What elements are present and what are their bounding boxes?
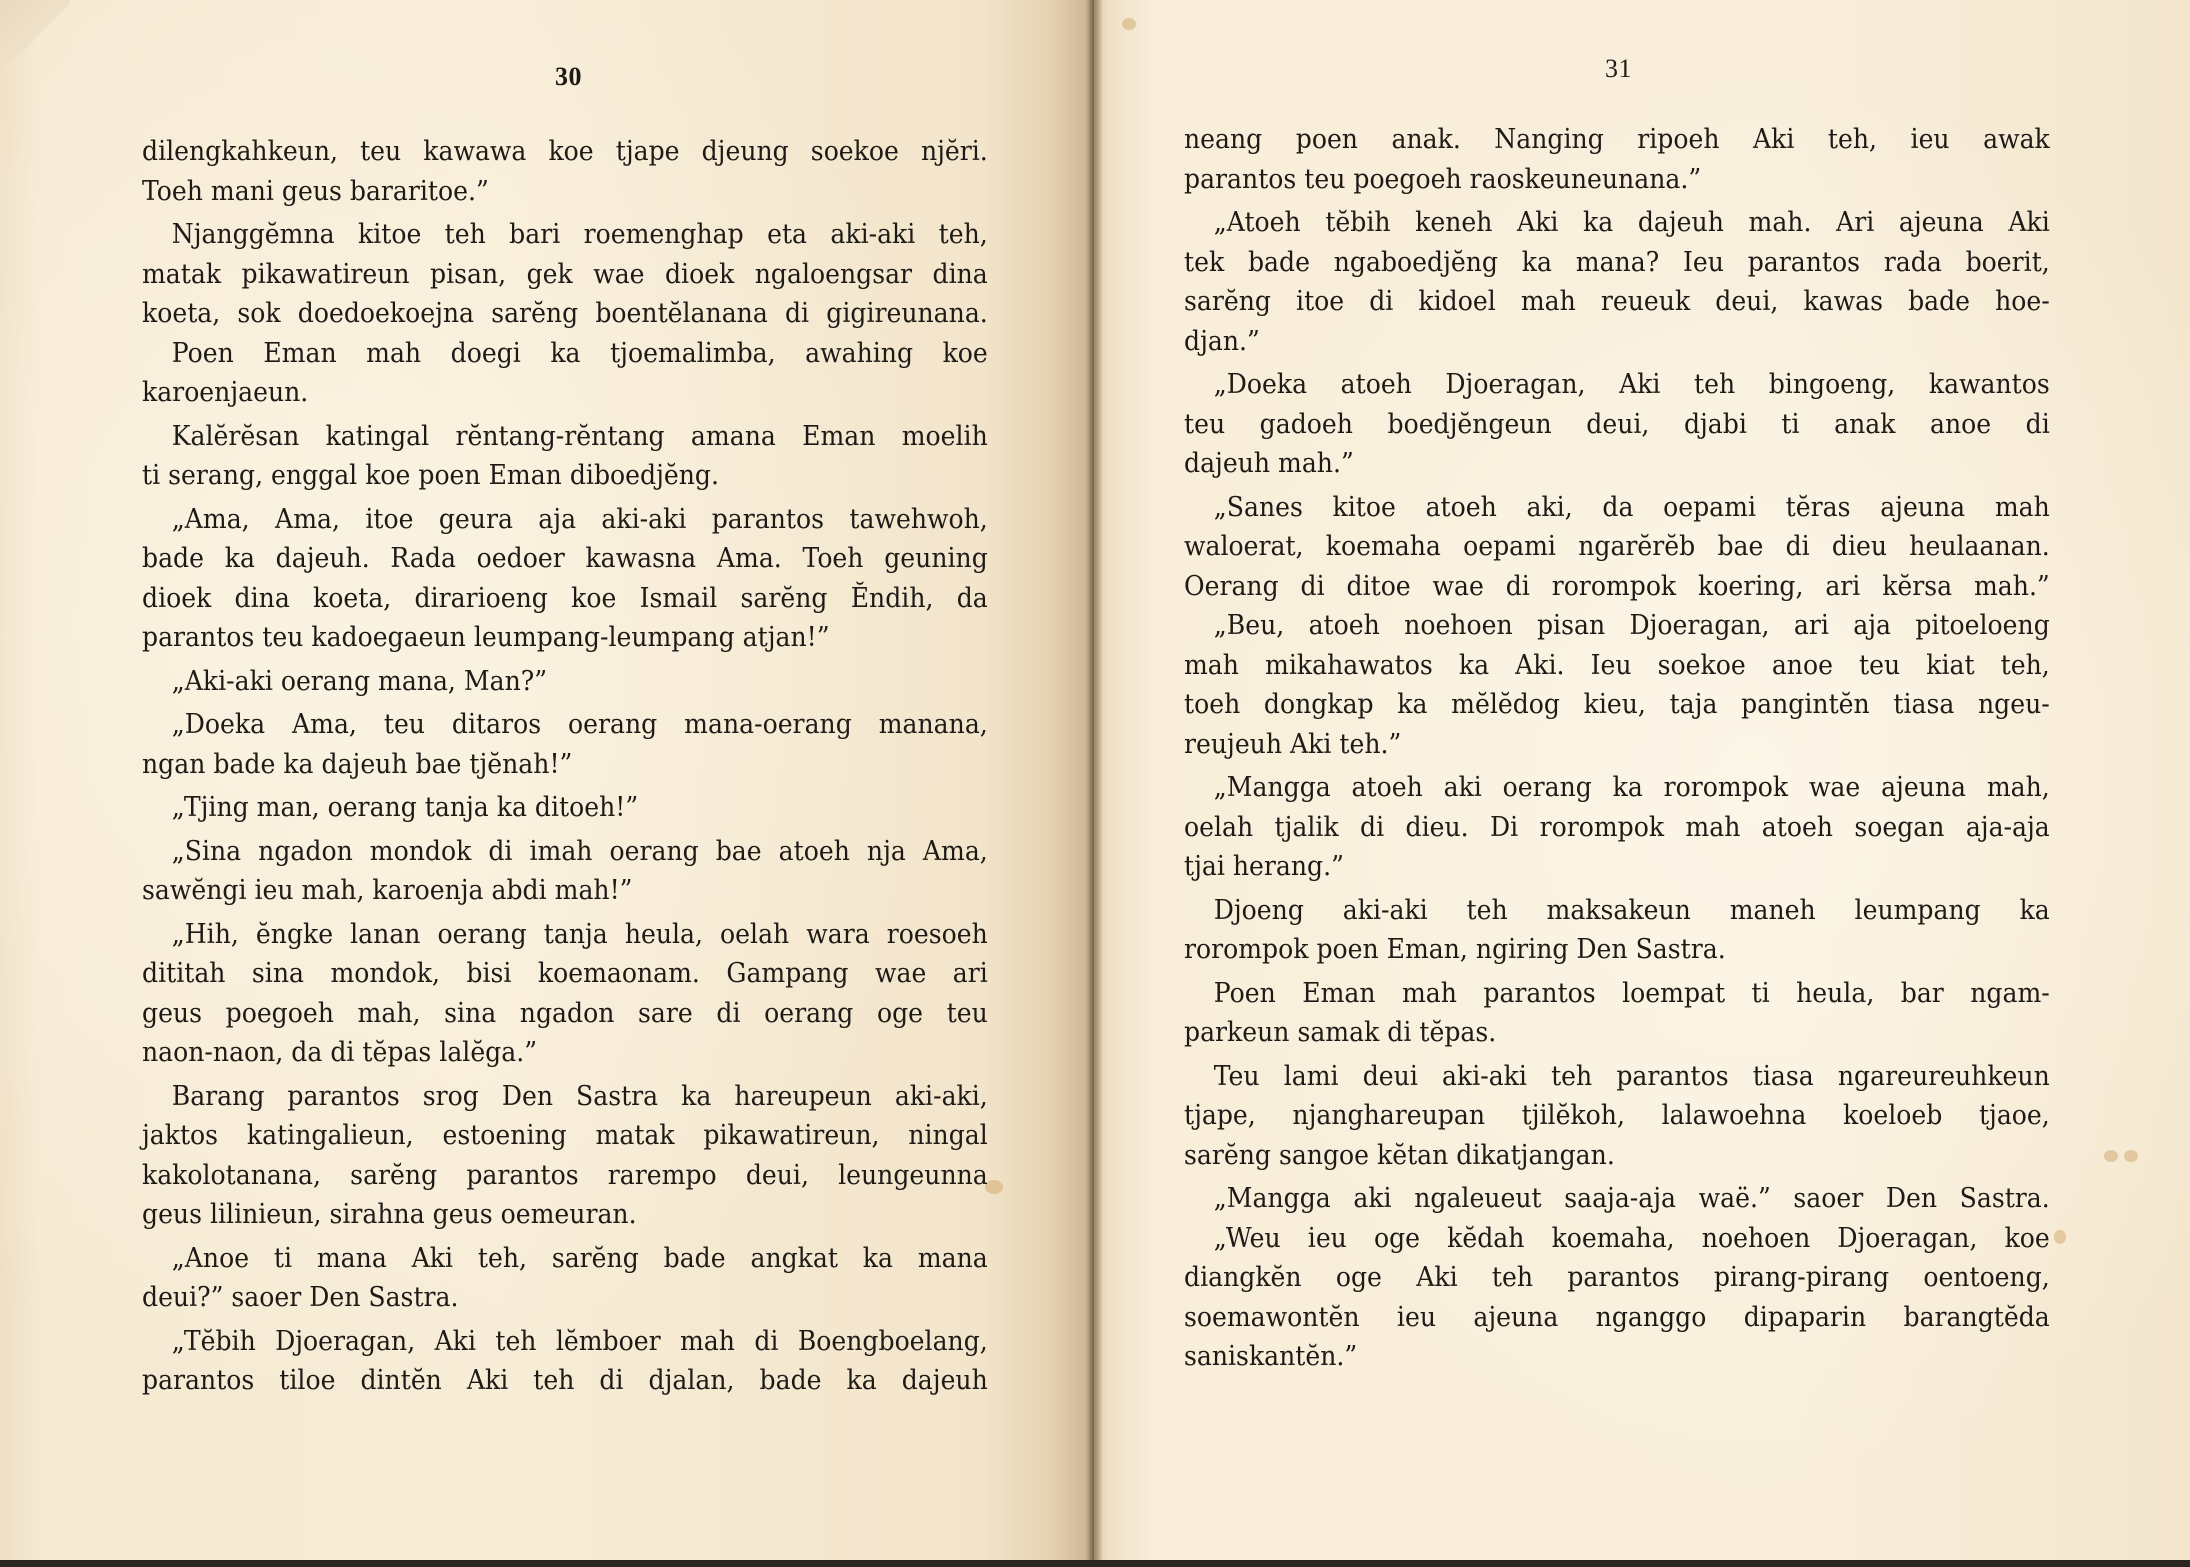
scan-bottom-edge (0, 1560, 2190, 1567)
text-line: Kalĕrĕsan katingal rĕntang-rĕntang amana… (142, 417, 988, 457)
text-line: matak pikawatireun pisan, gek wae dioek … (142, 255, 988, 295)
page-text: neang poen anak. Nanging ripoeh Aki teh,… (1184, 120, 2050, 1377)
text-line: „Mangga aki ngaleueut saaja-aja waë.” sa… (1184, 1179, 2050, 1219)
text-line: „Doeka atoeh Djoeragan, Aki teh bingoeng… (1184, 365, 2050, 405)
left-page: 30 dilengkahkeun, teu kawawa koe tjape d… (0, 0, 1094, 1562)
text-line: „Ama, Ama, itoe geura aja aki-aki parant… (142, 500, 988, 540)
text-line: Barang parantos srog Den Sastra ka hareu… (142, 1077, 988, 1117)
text-line: Poen Eman mah parantos loempat ti heula,… (1184, 974, 2050, 1014)
paper-stain (2104, 1150, 2118, 1162)
text-line: sarĕng sangoe kĕtan dikatjangan. (1184, 1136, 2050, 1176)
text-line: „Tĕbih Djoeragan, Aki teh lĕmboer mah di… (142, 1322, 988, 1362)
text-line: dititah sina mondok, bisi koemaonam. Gam… (142, 954, 988, 994)
text-line: „Sanes kitoe atoeh aki, da oepami tĕras … (1184, 488, 2050, 528)
text-line: djan.” (1184, 322, 2050, 362)
text-line: parantos teu kadoegaeun leumpang-leumpan… (142, 618, 988, 658)
text-line: Poen Eman mah doegi ka tjoemalimba, awah… (142, 334, 988, 374)
text-line: „Sina ngadon mondok di imah oerang bae a… (142, 832, 988, 872)
text-line: waloerat, koemaha oepami ngarĕrĕb bae di… (1184, 527, 2050, 567)
text-line: sawĕngi ieu mah, karoenja abdi mah!” (142, 871, 988, 911)
text-line: reujeuh Aki teh.” (1184, 725, 2050, 765)
text-line: Toeh mani geus bararitoe.” (142, 172, 988, 212)
text-line: „Weu ieu oge kĕdah koemaha, noehoen Djoe… (1184, 1219, 2050, 1259)
book-gutter (1088, 0, 1102, 1562)
text-line: saniskantĕn.” (1184, 1337, 2050, 1377)
right-page: 31 neang poen anak. Nanging ripoeh Aki t… (1094, 0, 2190, 1562)
text-line: tjai herang.” (1184, 847, 2050, 887)
text-line: „Atoeh tĕbih keneh Aki ka dajeuh mah. Ar… (1184, 203, 2050, 243)
text-line: soemawontĕn ieu ajeuna nganggo dipaparin… (1184, 1298, 2050, 1338)
text-line: „Doeka Ama, teu ditaros oerang mana-oera… (142, 705, 988, 745)
text-line: koeta, sok doedoekoejna sarĕng boentĕlan… (142, 294, 988, 334)
text-line: mah mikahawatos ka Aki. Ieu soekoe anoe … (1184, 646, 2050, 686)
text-line: bade ka dajeuh. Rada oedoer kawasna Ama.… (142, 539, 988, 579)
text-line: parkeun samak di tĕpas. (1184, 1013, 2050, 1053)
text-line: „Tjing man, oerang tanja ka ditoeh!” (142, 788, 988, 828)
text-line: geus poegoeh mah, sina ngadon sare di oe… (142, 994, 988, 1034)
text-line: Djoeng aki-aki teh maksakeun maneh leump… (1184, 891, 2050, 931)
text-line: sarĕng itoe di kidoel mah reueuk deui, k… (1184, 282, 2050, 322)
text-line: „Hih, ĕngke lanan oerang tanja heula, oe… (142, 915, 988, 955)
text-line: Oerang di ditoe wae di rorompok koering,… (1184, 567, 2050, 607)
text-line: parantos teu poegoeh raoskeuneunana.” (1184, 160, 2050, 200)
text-line: teu gadoeh boedjĕngeun deui, djabi ti an… (1184, 405, 2050, 445)
folded-corner (0, 0, 70, 80)
text-line: dilengkahkeun, teu kawawa koe tjape djeu… (142, 132, 988, 172)
page-text: dilengkahkeun, teu kawawa koe tjape djeu… (142, 132, 988, 1401)
text-line: rorompok poen Eman, ngiring Den Sastra. (1184, 930, 2050, 970)
text-line: deui?” saoer Den Sastra. (142, 1278, 988, 1318)
text-line: „Beu, atoeh noehoen pisan Djoeragan, ari… (1184, 606, 2050, 646)
paper-stain (2054, 1230, 2066, 1244)
text-line: ti serang, enggal koe poen Eman diboedjĕ… (142, 456, 988, 496)
text-line: Njanggĕmna kitoe teh bari roemenghap eta… (142, 215, 988, 255)
text-line: ngan bade ka dajeuh bae tjĕnah!” (142, 745, 988, 785)
text-line: tjape, njanghareupan tjilĕkoh, lalawoehn… (1184, 1096, 2050, 1136)
book-spread: 30 dilengkahkeun, teu kawawa koe tjape d… (0, 0, 2190, 1567)
text-line: tek bade ngaboedjĕng ka mana? Ieu parant… (1184, 243, 2050, 283)
text-line: geus lilinieun, sirahna geus oemeuran. (142, 1195, 988, 1235)
text-line: „Mangga atoeh aki oerang ka rorompok wae… (1184, 768, 2050, 808)
text-line: naon-naon, da di tĕpas lalĕga.” (142, 1033, 988, 1073)
page-number: 30 (555, 62, 582, 92)
paper-stain (1122, 18, 1136, 30)
text-line: neang poen anak. Nanging ripoeh Aki teh,… (1184, 120, 2050, 160)
text-line: diangkĕn oge Aki teh parantos pirang-pir… (1184, 1258, 2050, 1298)
text-line: toeh dongkap ka mĕlĕdog kieu, taja pangi… (1184, 685, 2050, 725)
page-number: 31 (1605, 54, 1632, 84)
text-line: „Anoe ti mana Aki teh, sarĕng bade angka… (142, 1239, 988, 1279)
text-line: oelah tjalik di dieu. Di rorompok mah at… (1184, 808, 2050, 848)
text-line: karoenjaeun. (142, 373, 988, 413)
text-line: dioek dina koeta, dirarioeng koe Ismail … (142, 579, 988, 619)
text-line: dajeuh mah.” (1184, 444, 2050, 484)
text-line: jaktos katingalieun, estoening matak pik… (142, 1116, 988, 1156)
text-line: kakolotanana, sarĕng parantos rarempo de… (142, 1156, 988, 1196)
text-line: parantos tiloe dintĕn Aki teh di djalan,… (142, 1361, 988, 1401)
text-line: „Aki-aki oerang mana, Man?” (142, 662, 988, 702)
text-line: Teu lami deui aki-aki teh parantos tiasa… (1184, 1057, 2050, 1097)
paper-stain (2124, 1150, 2138, 1162)
